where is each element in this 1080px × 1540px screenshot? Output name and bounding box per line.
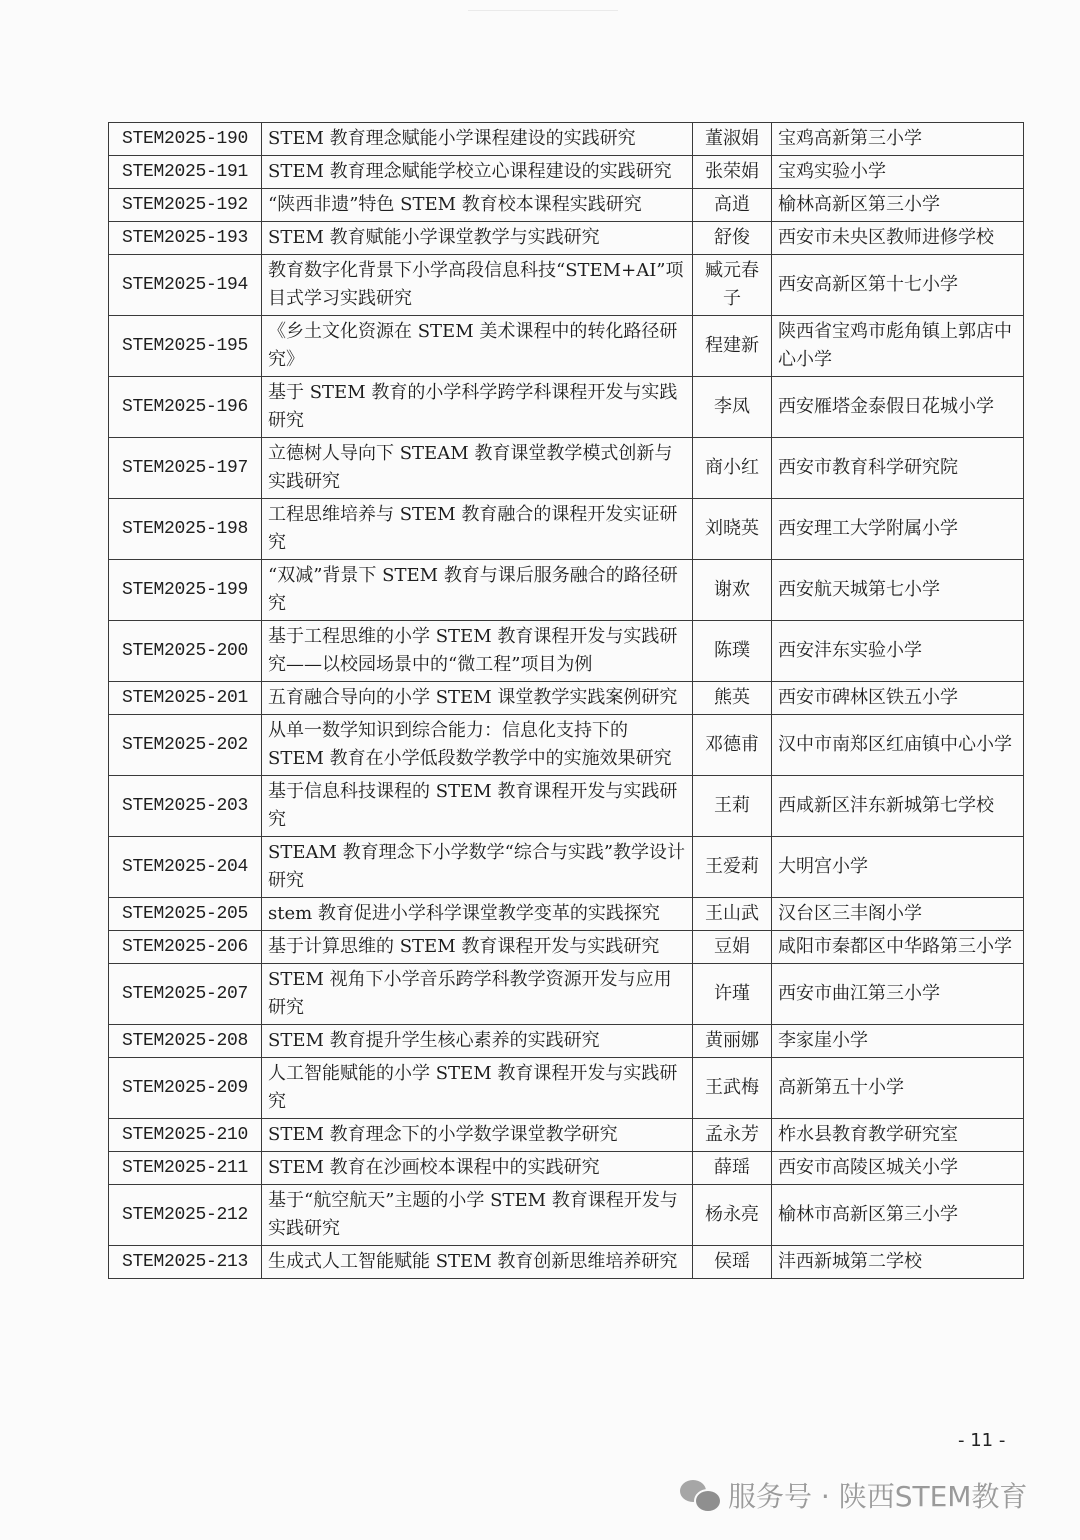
project-lead: 孟永芳 <box>693 1119 772 1152</box>
project-title: STEM 教育提升学生核心素养的实践研究 <box>262 1025 693 1058</box>
project-lead: 王武梅 <box>693 1058 772 1119</box>
project-code: STEM2025-201 <box>109 682 262 715</box>
table-row: STEM2025-206 基于计算思维的 STEM 教育课程开发与实践研究 豆娟… <box>109 931 1024 964</box>
project-title: 人工智能赋能的小学 STEM 教育课程开发与实践研究 <box>262 1058 693 1119</box>
project-lead: 张荣娟 <box>693 156 772 189</box>
organization: 汉台区三丰阁小学 <box>772 898 1024 931</box>
organization: 高新第五十小学 <box>772 1058 1024 1119</box>
project-code: STEM2025-192 <box>109 189 262 222</box>
project-title: STEM 教育理念赋能小学课程建设的实践研究 <box>262 123 693 156</box>
project-lead: 董淑娟 <box>693 123 772 156</box>
project-title: STEM 视角下小学音乐跨学科教学资源开发与应用研究 <box>262 964 693 1025</box>
project-code: STEM2025-196 <box>109 377 262 438</box>
project-code: STEM2025-213 <box>109 1246 262 1279</box>
project-lead: 薛瑶 <box>693 1152 772 1185</box>
project-code: STEM2025-191 <box>109 156 262 189</box>
organization: 西安市未央区教师进修学校 <box>772 222 1024 255</box>
table-row: STEM2025-205 stem 教育促进小学科学课堂教学变革的实践探究 王山… <box>109 898 1024 931</box>
table-row: STEM2025-199 “双减”背景下 STEM 教育与课后服务融合的路径研究… <box>109 560 1024 621</box>
organization: 咸阳市秦都区中华路第三小学 <box>772 931 1024 964</box>
organization: 李家崖小学 <box>772 1025 1024 1058</box>
organization: 西安市教育科学研究院 <box>772 438 1024 499</box>
organization: 宝鸡实验小学 <box>772 156 1024 189</box>
table-row: STEM2025-198 工程思维培养与 STEM 教育融合的课程开发实证研究 … <box>109 499 1024 560</box>
project-lead: 豆娟 <box>693 931 772 964</box>
project-code: STEM2025-208 <box>109 1025 262 1058</box>
project-code: STEM2025-190 <box>109 123 262 156</box>
project-title: 工程思维培养与 STEM 教育融合的课程开发实证研究 <box>262 499 693 560</box>
project-title: 基于 STEM 教育的小学科学跨学科课程开发与实践研究 <box>262 377 693 438</box>
table-row: STEM2025-191 STEM 教育理念赋能学校立心课程建设的实践研究 张荣… <box>109 156 1024 189</box>
project-code: STEM2025-203 <box>109 776 262 837</box>
project-lead: 邓德甫 <box>693 715 772 776</box>
project-lead: 王爱莉 <box>693 837 772 898</box>
project-lead: 熊英 <box>693 682 772 715</box>
organization: 宝鸡高新第三小学 <box>772 123 1024 156</box>
project-code: STEM2025-199 <box>109 560 262 621</box>
watermark-text: 服务号 · 陕西STEM教育 <box>728 1475 1027 1515</box>
organization: 榆林高新区第三小学 <box>772 189 1024 222</box>
project-list-table: STEM2025-190 STEM 教育理念赋能小学课程建设的实践研究 董淑娟 … <box>108 122 1024 1279</box>
table-row: STEM2025-200 基于工程思维的小学 STEM 教育课程开发与实践研究—… <box>109 621 1024 682</box>
project-lead: 程建新 <box>693 316 772 377</box>
organization: 西安沣东实验小学 <box>772 621 1024 682</box>
project-lead: 黄丽娜 <box>693 1025 772 1058</box>
project-code: STEM2025-200 <box>109 621 262 682</box>
project-title: 基于计算思维的 STEM 教育课程开发与实践研究 <box>262 931 693 964</box>
project-code: STEM2025-209 <box>109 1058 262 1119</box>
project-lead: 臧元春子 <box>693 255 772 316</box>
project-lead: 谢欢 <box>693 560 772 621</box>
project-code: STEM2025-195 <box>109 316 262 377</box>
table-row: STEM2025-192 “陕西非遗”特色 STEM 教育校本课程实践研究 高逍… <box>109 189 1024 222</box>
project-code: STEM2025-206 <box>109 931 262 964</box>
organization: 柞水县教育教学研究室 <box>772 1119 1024 1152</box>
organization: 西安市曲江第三小学 <box>772 964 1024 1025</box>
table-row: STEM2025-204 STEAM 教育理念下小学数学“综合与实践”教学设计研… <box>109 837 1024 898</box>
table-row: STEM2025-203 基于信息科技课程的 STEM 教育课程开发与实践研究 … <box>109 776 1024 837</box>
project-lead: 侯瑶 <box>693 1246 772 1279</box>
organization: 西安市碑林区铁五小学 <box>772 682 1024 715</box>
project-lead: 高逍 <box>693 189 772 222</box>
table-row: STEM2025-213 生成式人工智能赋能 STEM 教育创新思维培养研究 侯… <box>109 1246 1024 1279</box>
table-row: STEM2025-208 STEM 教育提升学生核心素养的实践研究 黄丽娜 李家… <box>109 1025 1024 1058</box>
project-code: STEM2025-212 <box>109 1185 262 1246</box>
wechat-icon <box>680 1478 720 1512</box>
organization: 西安市高陵区城关小学 <box>772 1152 1024 1185</box>
project-title: STEM 教育理念下的小学数学课堂教学研究 <box>262 1119 693 1152</box>
scan-artifact <box>468 0 618 11</box>
project-code: STEM2025-202 <box>109 715 262 776</box>
project-code: STEM2025-193 <box>109 222 262 255</box>
project-title: STEM 教育在沙画校本课程中的实践研究 <box>262 1152 693 1185</box>
project-title: 从单一数学知识到综合能力：信息化支持下的 STEM 教育在小学低段数学教学中的实… <box>262 715 693 776</box>
project-title: 《乡土文化资源在 STEM 美术课程中的转化路径研究》 <box>262 316 693 377</box>
page-number: - 11 - <box>958 1430 1005 1451</box>
project-title: 基于信息科技课程的 STEM 教育课程开发与实践研究 <box>262 776 693 837</box>
project-title: “陕西非遗”特色 STEM 教育校本课程实践研究 <box>262 189 693 222</box>
project-lead: 王莉 <box>693 776 772 837</box>
organization: 西安高新区第十七小学 <box>772 255 1024 316</box>
project-lead: 商小红 <box>693 438 772 499</box>
organization: 汉中市南郑区红庙镇中心小学 <box>772 715 1024 776</box>
project-code: STEM2025-211 <box>109 1152 262 1185</box>
project-code: STEM2025-210 <box>109 1119 262 1152</box>
organization: 西安理工大学附属小学 <box>772 499 1024 560</box>
organization: 沣西新城第二学校 <box>772 1246 1024 1279</box>
project-lead: 许瑾 <box>693 964 772 1025</box>
project-lead: 王山武 <box>693 898 772 931</box>
table-row: STEM2025-202 从单一数学知识到综合能力：信息化支持下的 STEM 教… <box>109 715 1024 776</box>
table-row: STEM2025-196 基于 STEM 教育的小学科学跨学科课程开发与实践研究… <box>109 377 1024 438</box>
project-lead: 刘晓英 <box>693 499 772 560</box>
project-lead: 杨永亮 <box>693 1185 772 1246</box>
organization: 西安航天城第七小学 <box>772 560 1024 621</box>
project-title: 基于工程思维的小学 STEM 教育课程开发与实践研究——以校园场景中的“微工程”… <box>262 621 693 682</box>
project-title: 立德树人导向下 STEAM 教育课堂教学模式创新与实践研究 <box>262 438 693 499</box>
table-row: STEM2025-201 五育融合导向的小学 STEM 课堂教学实践案例研究 熊… <box>109 682 1024 715</box>
project-title: STEM 教育赋能小学课堂教学与实践研究 <box>262 222 693 255</box>
project-title: STEAM 教育理念下小学数学“综合与实践”教学设计研究 <box>262 837 693 898</box>
organization: 大明宫小学 <box>772 837 1024 898</box>
table-row: STEM2025-212 基于“航空航天”主题的小学 STEM 教育课程开发与实… <box>109 1185 1024 1246</box>
project-code: STEM2025-194 <box>109 255 262 316</box>
project-title: STEM 教育理念赋能学校立心课程建设的实践研究 <box>262 156 693 189</box>
project-title: stem 教育促进小学科学课堂教学变革的实践探究 <box>262 898 693 931</box>
project-lead: 陈璞 <box>693 621 772 682</box>
project-title: 生成式人工智能赋能 STEM 教育创新思维培养研究 <box>262 1246 693 1279</box>
project-code: STEM2025-204 <box>109 837 262 898</box>
table-row: STEM2025-209 人工智能赋能的小学 STEM 教育课程开发与实践研究 … <box>109 1058 1024 1119</box>
organization: 西咸新区沣东新城第七学校 <box>772 776 1024 837</box>
project-code: STEM2025-198 <box>109 499 262 560</box>
organization: 榆林市高新区第三小学 <box>772 1185 1024 1246</box>
table-row: STEM2025-210 STEM 教育理念下的小学数学课堂教学研究 孟永芳 柞… <box>109 1119 1024 1152</box>
project-code: STEM2025-205 <box>109 898 262 931</box>
table-row: STEM2025-197 立德树人导向下 STEAM 教育课堂教学模式创新与实践… <box>109 438 1024 499</box>
watermark: 服务号 · 陕西STEM教育 <box>680 1475 1027 1515</box>
organization: 西安雁塔金泰假日花城小学 <box>772 377 1024 438</box>
project-title: 基于“航空航天”主题的小学 STEM 教育课程开发与实践研究 <box>262 1185 693 1246</box>
table-row: STEM2025-194 教育数字化背景下小学高段信息科技“STEM+AI”项目… <box>109 255 1024 316</box>
table-row: STEM2025-195 《乡土文化资源在 STEM 美术课程中的转化路径研究》… <box>109 316 1024 377</box>
organization: 陕西省宝鸡市彪角镇上郭店中心小学 <box>772 316 1024 377</box>
table-row: STEM2025-211 STEM 教育在沙画校本课程中的实践研究 薛瑶 西安市… <box>109 1152 1024 1185</box>
project-lead: 舒俊 <box>693 222 772 255</box>
table-row: STEM2025-190 STEM 教育理念赋能小学课程建设的实践研究 董淑娟 … <box>109 123 1024 156</box>
table-row: STEM2025-193 STEM 教育赋能小学课堂教学与实践研究 舒俊 西安市… <box>109 222 1024 255</box>
project-title: “双减”背景下 STEM 教育与课后服务融合的路径研究 <box>262 560 693 621</box>
project-title: 五育融合导向的小学 STEM 课堂教学实践案例研究 <box>262 682 693 715</box>
project-lead: 李凤 <box>693 377 772 438</box>
project-title: 教育数字化背景下小学高段信息科技“STEM+AI”项目式学习实践研究 <box>262 255 693 316</box>
project-code: STEM2025-197 <box>109 438 262 499</box>
project-code: STEM2025-207 <box>109 964 262 1025</box>
table-row: STEM2025-207 STEM 视角下小学音乐跨学科教学资源开发与应用研究 … <box>109 964 1024 1025</box>
